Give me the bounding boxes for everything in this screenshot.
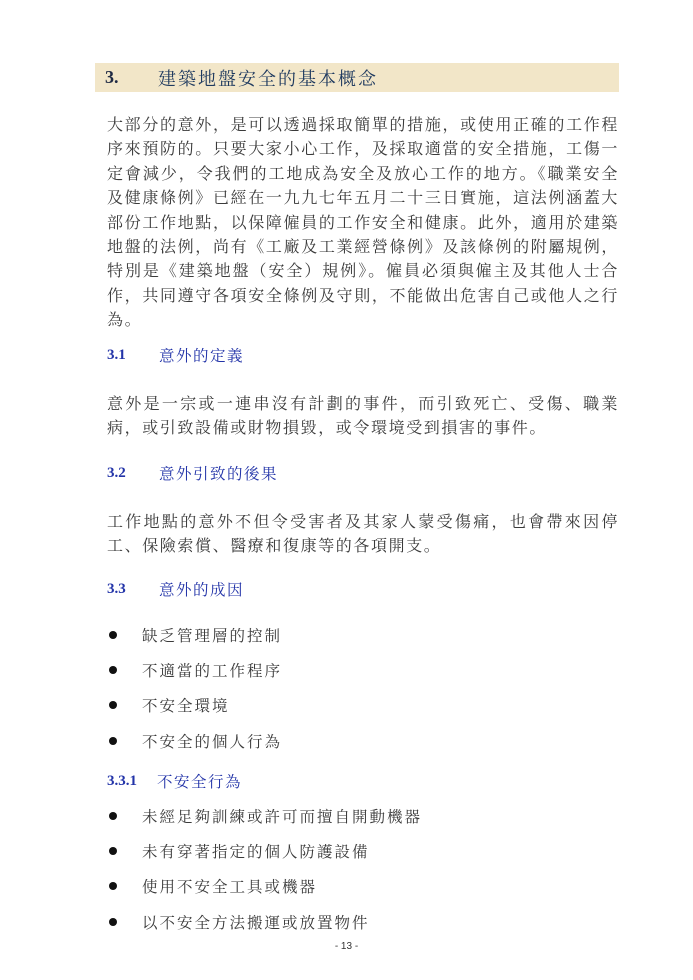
section-heading-3-2: 3.2 意外引致的後果 — [107, 462, 278, 484]
bullet-icon — [109, 882, 117, 890]
list-item: 不安全的個人行為 — [107, 723, 282, 758]
list-item-text: 以不安全方法搬運或放置物件 — [142, 911, 370, 933]
section-title: 意外的成因 — [159, 578, 244, 600]
section-number: 3.2 — [107, 465, 159, 482]
list-item: 以不安全方法搬運或放置物件 — [107, 904, 422, 939]
page-number: - 13 - — [0, 941, 693, 952]
chapter-number: 3. — [105, 67, 119, 88]
list-item-text: 不適當的工作程序 — [142, 659, 282, 681]
section-3-1-paragraph: 意外是一宗或一連串沒有計劃的事件，而引致死亡、受傷、職業病，或引致設備或財物損毀… — [107, 392, 619, 441]
bullet-icon — [109, 701, 117, 709]
bullet-icon — [109, 631, 117, 639]
document-page: 3. 建築地盤安全的基本概念 大部分的意外，是可以透過採取簡單的措施，或使用正確… — [0, 0, 693, 980]
list-item: 未經足夠訓練或許可而擅自開動機器 — [107, 798, 422, 833]
bullet-icon — [109, 918, 117, 926]
subsection-title: 不安全行為 — [157, 770, 242, 792]
section-title: 意外引致的後果 — [159, 462, 278, 484]
bullet-icon — [109, 812, 117, 820]
intro-paragraph: 大部分的意外，是可以透過採取簡單的措施，或使用正確的工作程序來預防的。只要大家小… — [107, 113, 619, 333]
section-number: 3.3 — [107, 581, 159, 598]
list-item-text: 未經足夠訓練或許可而擅自開動機器 — [142, 805, 422, 827]
subsection-heading-3-3-1: 3.3.1 不安全行為 — [107, 770, 242, 792]
chapter-title: 建築地盤安全的基本概念 — [158, 65, 378, 91]
bullet-icon — [109, 737, 117, 745]
subsection-number: 3.3.1 — [107, 773, 157, 790]
list-item-text: 未有穿著指定的個人防護設備 — [142, 840, 370, 862]
list-item: 缺乏管理層的控制 — [107, 617, 282, 652]
section-heading-3-1: 3.1 意外的定義 — [107, 344, 244, 366]
section-title: 意外的定義 — [159, 344, 244, 366]
list-item-text: 不安全環境 — [142, 694, 230, 716]
unsafe-acts-list: 未經足夠訓練或許可而擅自開動機器 未有穿著指定的個人防護設備 使用不安全工具或機… — [107, 798, 422, 939]
list-item: 不適當的工作程序 — [107, 652, 282, 687]
list-item: 不安全環境 — [107, 688, 282, 723]
accident-causes-list: 缺乏管理層的控制 不適當的工作程序 不安全環境 不安全的個人行為 — [107, 617, 282, 758]
bullet-icon — [109, 847, 117, 855]
section-3-2-paragraph: 工作地點的意外不但令受害者及其家人蒙受傷痛，也會帶來因停工、保險索償、醫療和復康… — [107, 510, 619, 559]
section-heading-3-3: 3.3 意外的成因 — [107, 578, 244, 600]
list-item: 使用不安全工具或機器 — [107, 869, 422, 904]
list-item: 未有穿著指定的個人防護設備 — [107, 833, 422, 868]
list-item-text: 缺乏管理層的控制 — [142, 624, 282, 646]
list-item-text: 不安全的個人行為 — [142, 730, 282, 752]
list-item-text: 使用不安全工具或機器 — [142, 875, 317, 897]
bullet-icon — [109, 666, 117, 674]
section-number: 3.1 — [107, 347, 159, 364]
chapter-heading: 3. 建築地盤安全的基本概念 — [95, 63, 619, 92]
